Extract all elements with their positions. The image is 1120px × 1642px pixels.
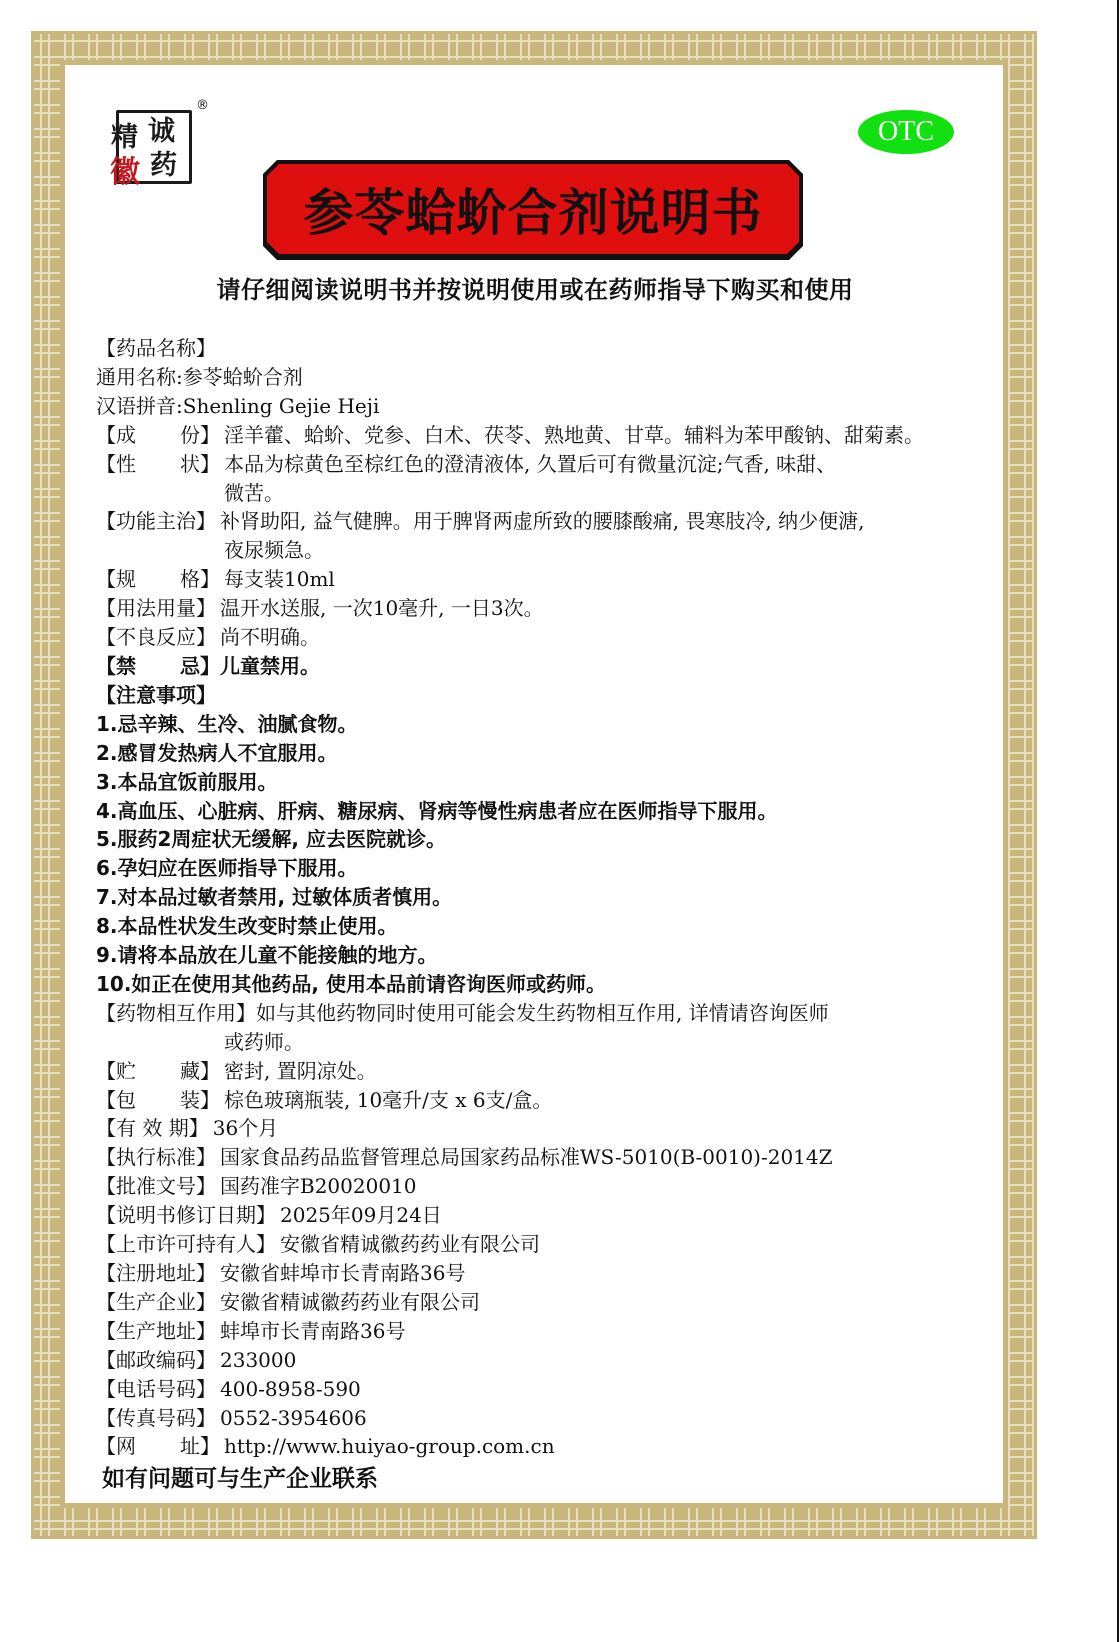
logo-char: 徽: [110, 158, 140, 188]
storage-row: 【贮藏】 密封, 置阴凉处。: [96, 1057, 996, 1086]
field-label: 【有 效 期】: [96, 1114, 209, 1143]
standard-row: 【执行标准】 国家食品药品监督管理总局国家药品标准WS-5010(B-0010)…: [96, 1143, 996, 1172]
precaution-item: 10.如正在使用其他药品, 使用本品前请咨询医师或药师。: [96, 970, 996, 999]
reading-advisory: 请仔细阅读说明书并按说明使用或在药师指导下购买和使用: [0, 270, 1070, 305]
field-value: 安徽省蚌埠市长青南路36号: [220, 1259, 465, 1288]
ingredients-row: 【成份】 淫羊藿、蛤蚧、党参、白术、茯苓、熟地黄、甘草。辅料为苯甲酸钠、甜菊素。: [96, 421, 996, 450]
field-label: 【邮政编码】: [96, 1346, 216, 1375]
precaution-item: 6.孕妇应在医师指导下服用。: [96, 854, 996, 883]
field-label: 【网址】: [96, 1432, 220, 1461]
field-label: 【执行标准】: [96, 1143, 216, 1172]
field-value: 补肾助阳, 益气健脾。用于脾肾两虚所致的腰膝酸痛, 畏寒肢冷, 纳少便溏,: [220, 507, 865, 536]
field-value: 0552-3954606: [220, 1404, 367, 1433]
phone-row: 【电话号码】 400-8958-590: [96, 1375, 996, 1404]
precaution-item: 4.高血压、心脏病、肝病、糖尿病、肾病等慢性病患者应在医师指导下服用。: [96, 797, 996, 826]
page-title: 参苓蛤蚧合剂说明书: [304, 173, 763, 245]
field-value: 尚不明确。: [220, 623, 320, 652]
website-row: 【网址】 http://www.huiyao-group.com.cn: [96, 1432, 996, 1461]
pinyin-name: 汉语拼音:Shenling Gejie Heji: [96, 392, 996, 421]
field-label: 【说明书修订日期】: [96, 1201, 276, 1230]
field-value: 每支装10ml: [224, 565, 335, 594]
precaution-item: 7.对本品过敏者禁用, 过敏体质者慎用。: [96, 883, 996, 912]
field-label: 【注册地址】: [96, 1259, 216, 1288]
field-value-cont: 或药师。: [96, 1028, 996, 1057]
field-value: 密封, 置阴凉处。: [224, 1057, 377, 1086]
field-label: 【不良反应】: [96, 623, 216, 652]
field-label: 【性状】: [96, 450, 220, 479]
field-value: 淫羊藿、蛤蚧、党参、白术、茯苓、熟地黄、甘草。辅料为苯甲酸钠、甜菊素。: [224, 421, 924, 450]
logo-char: 诚: [148, 118, 175, 145]
website-link[interactable]: http://www.huiyao-group.com.cn: [224, 1432, 555, 1461]
manufacturer-row: 【生产企业】 安徽省精诚徽药药业有限公司: [96, 1288, 996, 1317]
approval-row: 【批准文号】 国药准字B20020010: [96, 1172, 996, 1201]
field-label: 【贮藏】: [96, 1057, 220, 1086]
indications-row: 【功能主治】 补肾助阳, 益气健脾。用于脾肾两虚所致的腰膝酸痛, 畏寒肢冷, 纳…: [96, 507, 996, 536]
precaution-item: 2.感冒发热病人不宜服用。: [96, 739, 996, 768]
field-label: 【生产企业】: [96, 1288, 216, 1317]
mfg-address-row: 【生产地址】 蚌埠市长青南路36号: [96, 1317, 996, 1346]
precaution-item: 9.请将本品放在儿童不能接触的地方。: [96, 941, 996, 970]
appearance-row: 【性状】 本品为棕黄色至棕红色的澄清液体, 久置后可有微量沉淀;气香, 味甜、: [96, 450, 996, 479]
title-banner: 参苓蛤蚧合剂说明书: [263, 160, 803, 260]
field-value: 温开水送服, 一次10毫升, 一日3次。: [220, 594, 544, 623]
dosage-row: 【用法用量】 温开水送服, 一次10毫升, 一日3次。: [96, 594, 996, 623]
leaflet-body: 【药品名称】 通用名称:参苓蛤蚧合剂 汉语拼音:Shenling Gejie H…: [96, 334, 996, 1461]
field-label: 【药物相互作用】: [96, 999, 256, 1028]
field-value: 400-8958-590: [220, 1375, 361, 1404]
field-label: 【规格】: [96, 565, 220, 594]
field-value: 安徽省精诚徽药药业有限公司: [280, 1230, 540, 1259]
field-label: 【电话号码】: [96, 1375, 216, 1404]
section-header: 【注意事项】: [96, 681, 996, 710]
field-label: 【禁忌】: [96, 652, 220, 681]
field-value: 如与其他药物同时使用可能会发生药物相互作用, 详情请咨询医师: [256, 999, 829, 1028]
field-value: 233000: [220, 1346, 296, 1375]
field-value-cont: 夜尿频急。: [96, 536, 996, 565]
precaution-item: 5.服药2周症状无缓解, 应去医院就诊。: [96, 825, 996, 854]
field-value: 本品为棕黄色至棕红色的澄清液体, 久置后可有微量沉淀;气香, 味甜、: [224, 450, 836, 479]
field-label: 【上市许可持有人】: [96, 1230, 276, 1259]
field-label: 【包装】: [96, 1086, 220, 1115]
logo-char: 精: [111, 124, 138, 151]
generic-name: 通用名称:参苓蛤蚧合剂: [96, 363, 996, 392]
logo-char: 药: [150, 152, 177, 179]
field-label: 【功能主治】: [96, 507, 216, 536]
field-label: 【用法用量】: [96, 594, 216, 623]
contact-note: 如有问题可与生产企业联系: [102, 1460, 378, 1493]
adverse-row: 【不良反应】 尚不明确。: [96, 623, 996, 652]
field-value: 国药准字B20020010: [220, 1172, 417, 1201]
section-header: 【药品名称】: [96, 334, 996, 363]
field-value: 蚌埠市长青南路36号: [220, 1317, 405, 1346]
revision-date-row: 【说明书修订日期】 2025年09月24日: [96, 1201, 996, 1230]
field-value: 安徽省精诚徽药药业有限公司: [220, 1288, 480, 1317]
page-edge-rule: [1117, 0, 1119, 1642]
field-value-cont: 微苦。: [96, 479, 996, 508]
field-label: 【生产地址】: [96, 1317, 216, 1346]
postcode-row: 【邮政编码】 233000: [96, 1346, 996, 1375]
field-value: 儿童禁用。: [220, 652, 320, 681]
packaging-row: 【包装】 棕色玻璃瓶装, 10毫升/支 x 6支/盒。: [96, 1086, 996, 1115]
precaution-item: 1.忌辛辣、生冷、油腻食物。: [96, 710, 996, 739]
expiry-row: 【有 效 期】 36个月: [96, 1114, 996, 1143]
precaution-item: 8.本品性状发生改变时禁止使用。: [96, 912, 996, 941]
field-value: 国家食品药品监督管理总局国家药品标准WS-5010(B-0010)-2014Z: [220, 1143, 833, 1172]
field-value: 2025年09月24日: [280, 1201, 442, 1230]
field-value: 36个月: [213, 1114, 278, 1143]
reg-address-row: 【注册地址】 安徽省蚌埠市长青南路36号: [96, 1259, 996, 1288]
contraindications-row: 【禁忌】 儿童禁用。: [96, 652, 996, 681]
field-label: 【批准文号】: [96, 1172, 216, 1201]
specification-row: 【规格】 每支装10ml: [96, 565, 996, 594]
interactions-row: 【药物相互作用】 如与其他药物同时使用可能会发生药物相互作用, 详情请咨询医师: [96, 999, 996, 1028]
precaution-item: 3.本品宜饭前服用。: [96, 768, 996, 797]
mah-row: 【上市许可持有人】 安徽省精诚徽药药业有限公司: [96, 1230, 996, 1259]
fax-row: 【传真号码】 0552-3954606: [96, 1404, 996, 1433]
field-label: 【传真号码】: [96, 1404, 216, 1433]
field-value: 棕色玻璃瓶装, 10毫升/支 x 6支/盒。: [224, 1086, 552, 1115]
brand-logo: 精 诚 徽 药: [108, 108, 200, 190]
otc-badge: OTC: [858, 110, 954, 154]
field-label: 【成份】: [96, 421, 220, 450]
registered-trademark-icon: ®: [196, 98, 209, 113]
